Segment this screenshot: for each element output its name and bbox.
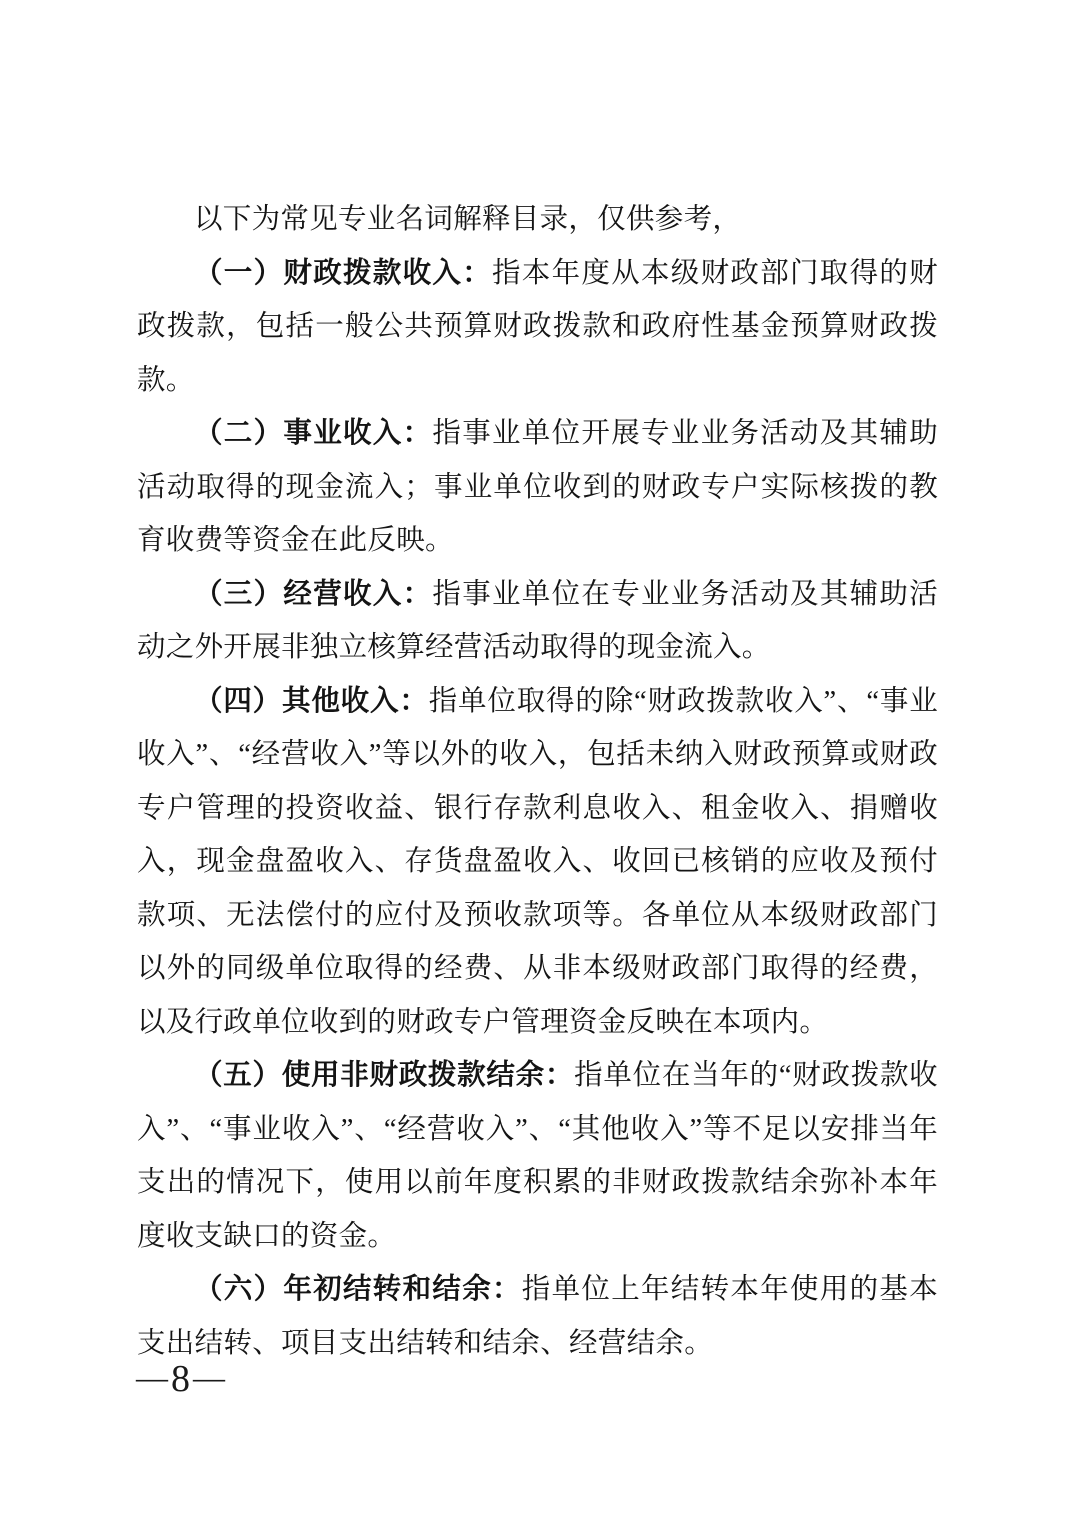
definition-paragraph: （四）其他收入：指单位取得的除“财政拨款收入”、“事业收入”、“经营收入”等以外… xyxy=(137,675,938,1050)
definition-body: 指单位取得的除“财政拨款收入”、“事业收入”、“经营收入”等以外的收入，包括未纳… xyxy=(137,686,938,1038)
definition-paragraph: （二）事业收入：指事业单位开展专业业务活动及其辅助活动取得的现金流入；事业单位收… xyxy=(137,407,938,568)
definition-paragraph: （一）财政拨款收入：指本年度从本级财政部门取得的财政拨款，包括一般公共预算财政拨… xyxy=(137,247,938,408)
definition-term: （二）事业收入： xyxy=(194,418,432,449)
document-content: 以下为常见专业名词解释目录，仅供参考， （一）财政拨款收入：指本年度从本级财政部… xyxy=(137,193,938,1370)
page-number-dash-left: — xyxy=(136,1361,168,1393)
document-page: 以下为常见专业名词解释目录，仅供参考， （一）财政拨款收入：指本年度从本级财政部… xyxy=(0,0,1075,1520)
page-number: 8 xyxy=(171,1360,190,1398)
page-number-dash-right: — xyxy=(193,1361,225,1393)
definition-paragraph: （六）年初结转和结余：指单位上年结转本年使用的基本支出结转、项目支出结转和结余、… xyxy=(137,1263,938,1370)
definitions-list: （一）财政拨款收入：指本年度从本级财政部门取得的财政拨款，包括一般公共预算财政拨… xyxy=(137,247,938,1371)
definition-term: （五）使用非财政拨款结余： xyxy=(194,1060,574,1091)
definition-term: （六）年初结转和结余： xyxy=(194,1274,522,1305)
page-footer: — 8 — xyxy=(136,1360,225,1398)
definition-term: （一）财政拨款收入： xyxy=(194,258,492,289)
definition-paragraph: （三）经营收入：指事业单位在专业业务活动及其辅助活动之外开展非独立核算经营活动取… xyxy=(137,568,938,675)
definition-paragraph: （五）使用非财政拨款结余：指单位在当年的“财政拨款收入”、“事业收入”、“经营收… xyxy=(137,1049,938,1263)
intro-paragraph: 以下为常见专业名词解释目录，仅供参考， xyxy=(137,193,938,247)
definition-term: （四）其他收入： xyxy=(194,686,429,717)
definition-term: （三）经营收入： xyxy=(194,579,432,610)
